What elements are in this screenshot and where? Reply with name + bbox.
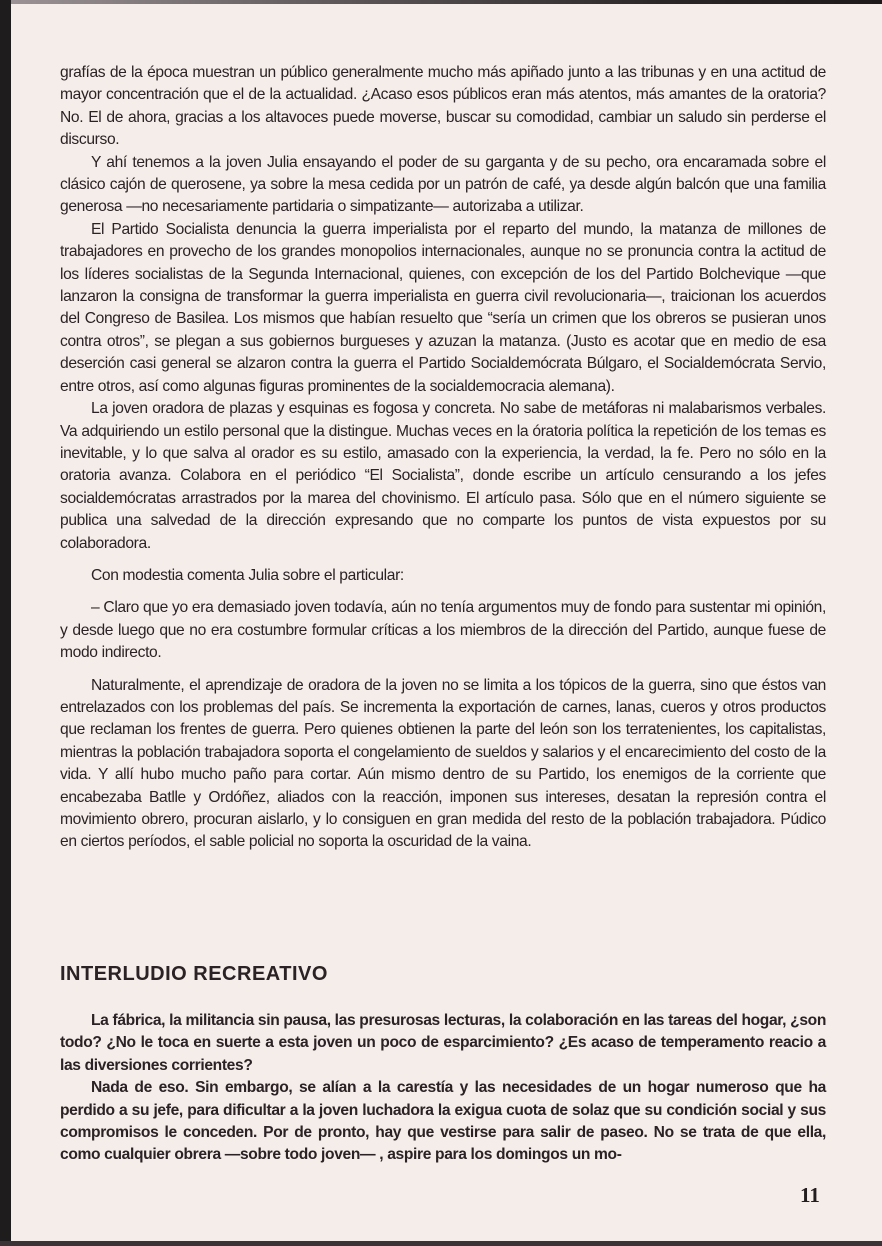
paragraph: La fábrica, la militancia sin pausa, las… [60, 1010, 826, 1077]
scan-left-edge [0, 0, 11, 1246]
paragraph: La joven oradora de plazas y esquinas es… [60, 398, 826, 555]
paragraph: Naturalmente, el aprendizaje de oradora … [60, 675, 826, 854]
paragraph: Nada de eso. Sin embargo, se alían a la … [60, 1077, 826, 1167]
paragraph: Con modestia comenta Julia sobre el part… [60, 565, 826, 587]
section-body-text: La fábrica, la militancia sin pausa, las… [60, 1010, 826, 1167]
paragraph: grafías de la época muestran un público … [60, 62, 826, 152]
paragraph: El Partido Socialista denuncia la guerra… [60, 219, 826, 398]
paragraph: Y ahí tenemos a la joven Julia ensayando… [60, 152, 826, 219]
scan-bottom-edge [0, 1241, 882, 1246]
section-heading: INTERLUDIO RECREATIVO [60, 963, 328, 986]
quote-paragraph: – Claro que yo era demasiado joven todav… [60, 597, 826, 664]
body-text: grafías de la época muestran un público … [60, 62, 826, 854]
page-number: 11 [800, 1183, 820, 1208]
